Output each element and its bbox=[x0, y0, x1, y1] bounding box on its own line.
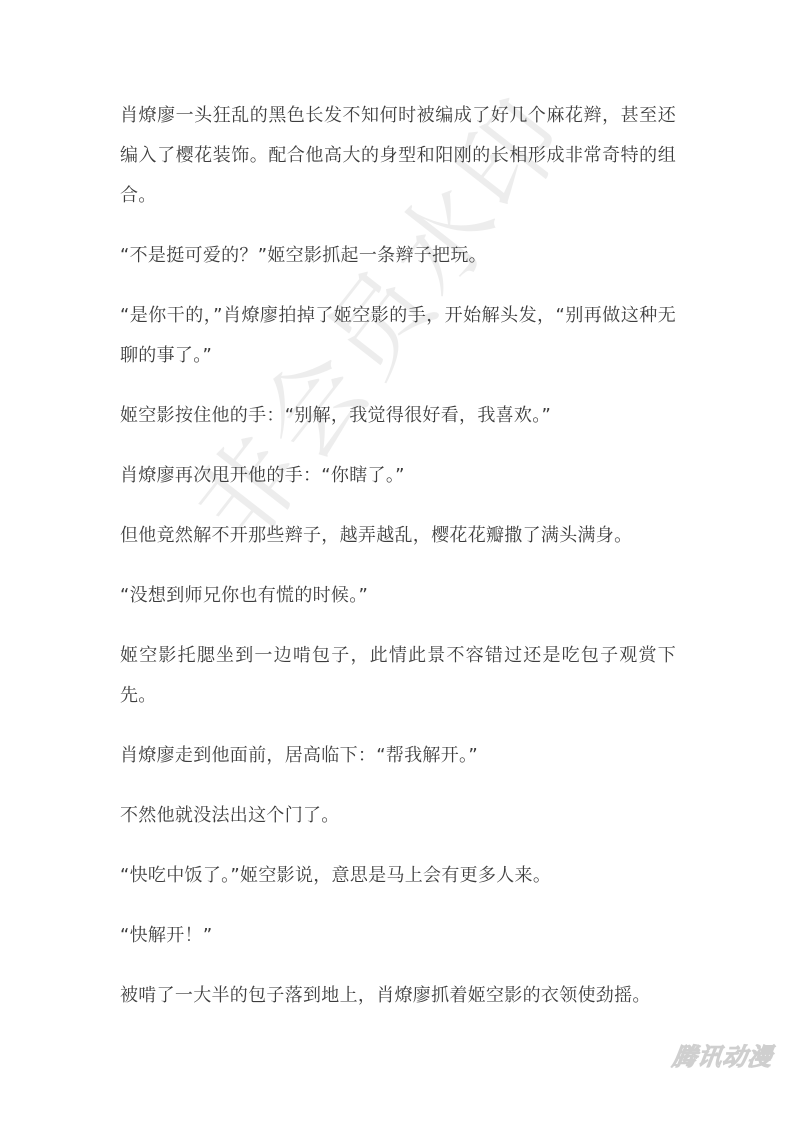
paragraph-12: “快解开！” bbox=[120, 916, 676, 956]
paragraph-7: “没想到师兄你也有慌的时候。” bbox=[120, 576, 676, 616]
paragraph-5: 肖燎廖再次甩开他的手：“你瞎了。” bbox=[120, 456, 676, 496]
paragraph-3: “是你干的，”肖燎廖拍掉了姬空影的手，开始解头发，“别再做这种无聊的事了。” bbox=[120, 296, 676, 376]
paragraph-2: “不是挺可爱的？”姬空影抓起一条辫子把玩。 bbox=[120, 236, 676, 276]
paragraph-9: 肖燎廖走到他面前，居高临下：“帮我解开。” bbox=[120, 736, 676, 776]
tencent-comic-logo: 腾讯动漫 bbox=[671, 1037, 776, 1072]
paragraph-6: 但他竟然解不开那些辫子，越弄越乱，樱花花瓣撒了满头满身。 bbox=[120, 516, 676, 556]
paragraph-4: 姬空影按住他的手：“别解，我觉得很好看，我喜欢。” bbox=[120, 396, 676, 436]
paragraph-10: 不然他就没法出这个门了。 bbox=[120, 796, 676, 836]
document-body: 肖燎廖一头狂乱的黑色长发不知何时被编成了好几个麻花辫，甚至还编入了樱花装饰。配合… bbox=[120, 96, 676, 1036]
paragraph-11: “快吃中饭了。”姬空影说，意思是马上会有更多人来。 bbox=[120, 856, 676, 896]
paragraph-8: 姬空影托腮坐到一边啃包子，此情此景不容错过还是吃包子观赏下先。 bbox=[120, 636, 676, 716]
paragraph-13: 被啃了一大半的包子落到地上，肖燎廖抓着姬空影的衣领使劲摇。 bbox=[120, 976, 676, 1016]
paragraph-1: 肖燎廖一头狂乱的黑色长发不知何时被编成了好几个麻花辫，甚至还编入了樱花装饰。配合… bbox=[120, 96, 676, 216]
